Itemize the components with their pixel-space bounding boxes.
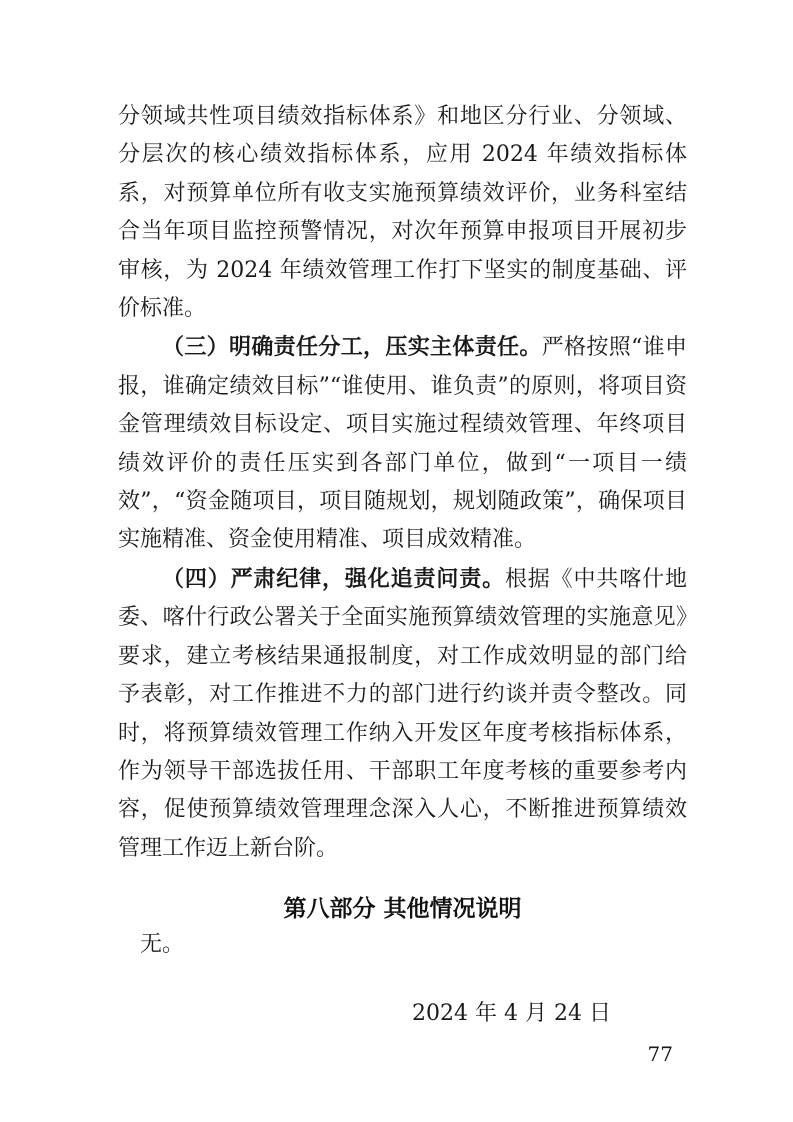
- paragraph: （四）严肃纪律，强化追责问责。根据《中共喀什地委、喀什行政公署关于全面实施预算绩…: [118, 560, 687, 868]
- paragraph-lead: （三）明确责任分工，压实主体责任。: [162, 334, 542, 360]
- page-content: 分领域共性项目绩效指标体系》和地区分行业、分领域、分层次的核心绩效指标体系，应用…: [118, 97, 687, 1033]
- paragraph-text: 分领域共性项目绩效指标体系》和地区分行业、分领域、分层次的核心绩效指标体系，应用…: [118, 104, 687, 321]
- paragraph: （三）明确责任分工，压实主体责任。严格按照“谁申报，谁确定绩效目标”“谁使用、谁…: [118, 328, 687, 559]
- document-page: 分领域共性项目绩效指标体系》和地区分行业、分领域、分层次的核心绩效指标体系，应用…: [0, 0, 793, 1122]
- paragraph-text: 根据《中共喀什地委、喀什行政公署关于全面实施预算绩效管理的实施意见》要求，建立考…: [118, 567, 687, 861]
- section-body-text: 无。: [118, 926, 687, 964]
- paragraph-lead: （四）严肃纪律，强化追责问责。: [162, 566, 505, 592]
- paragraph: 分领域共性项目绩效指标体系》和地区分行业、分领域、分层次的核心绩效指标体系，应用…: [118, 97, 687, 328]
- section-heading: 第八部分 其他情况说明: [118, 894, 687, 924]
- page-number: 77: [648, 1044, 673, 1064]
- document-date: 2024 年 4 月 24 日: [118, 995, 687, 1033]
- paragraph-text: 严格按照“谁申报，谁确定绩效目标”“谁使用、谁负责”的原则，将项目资金管理绩效目…: [118, 335, 687, 552]
